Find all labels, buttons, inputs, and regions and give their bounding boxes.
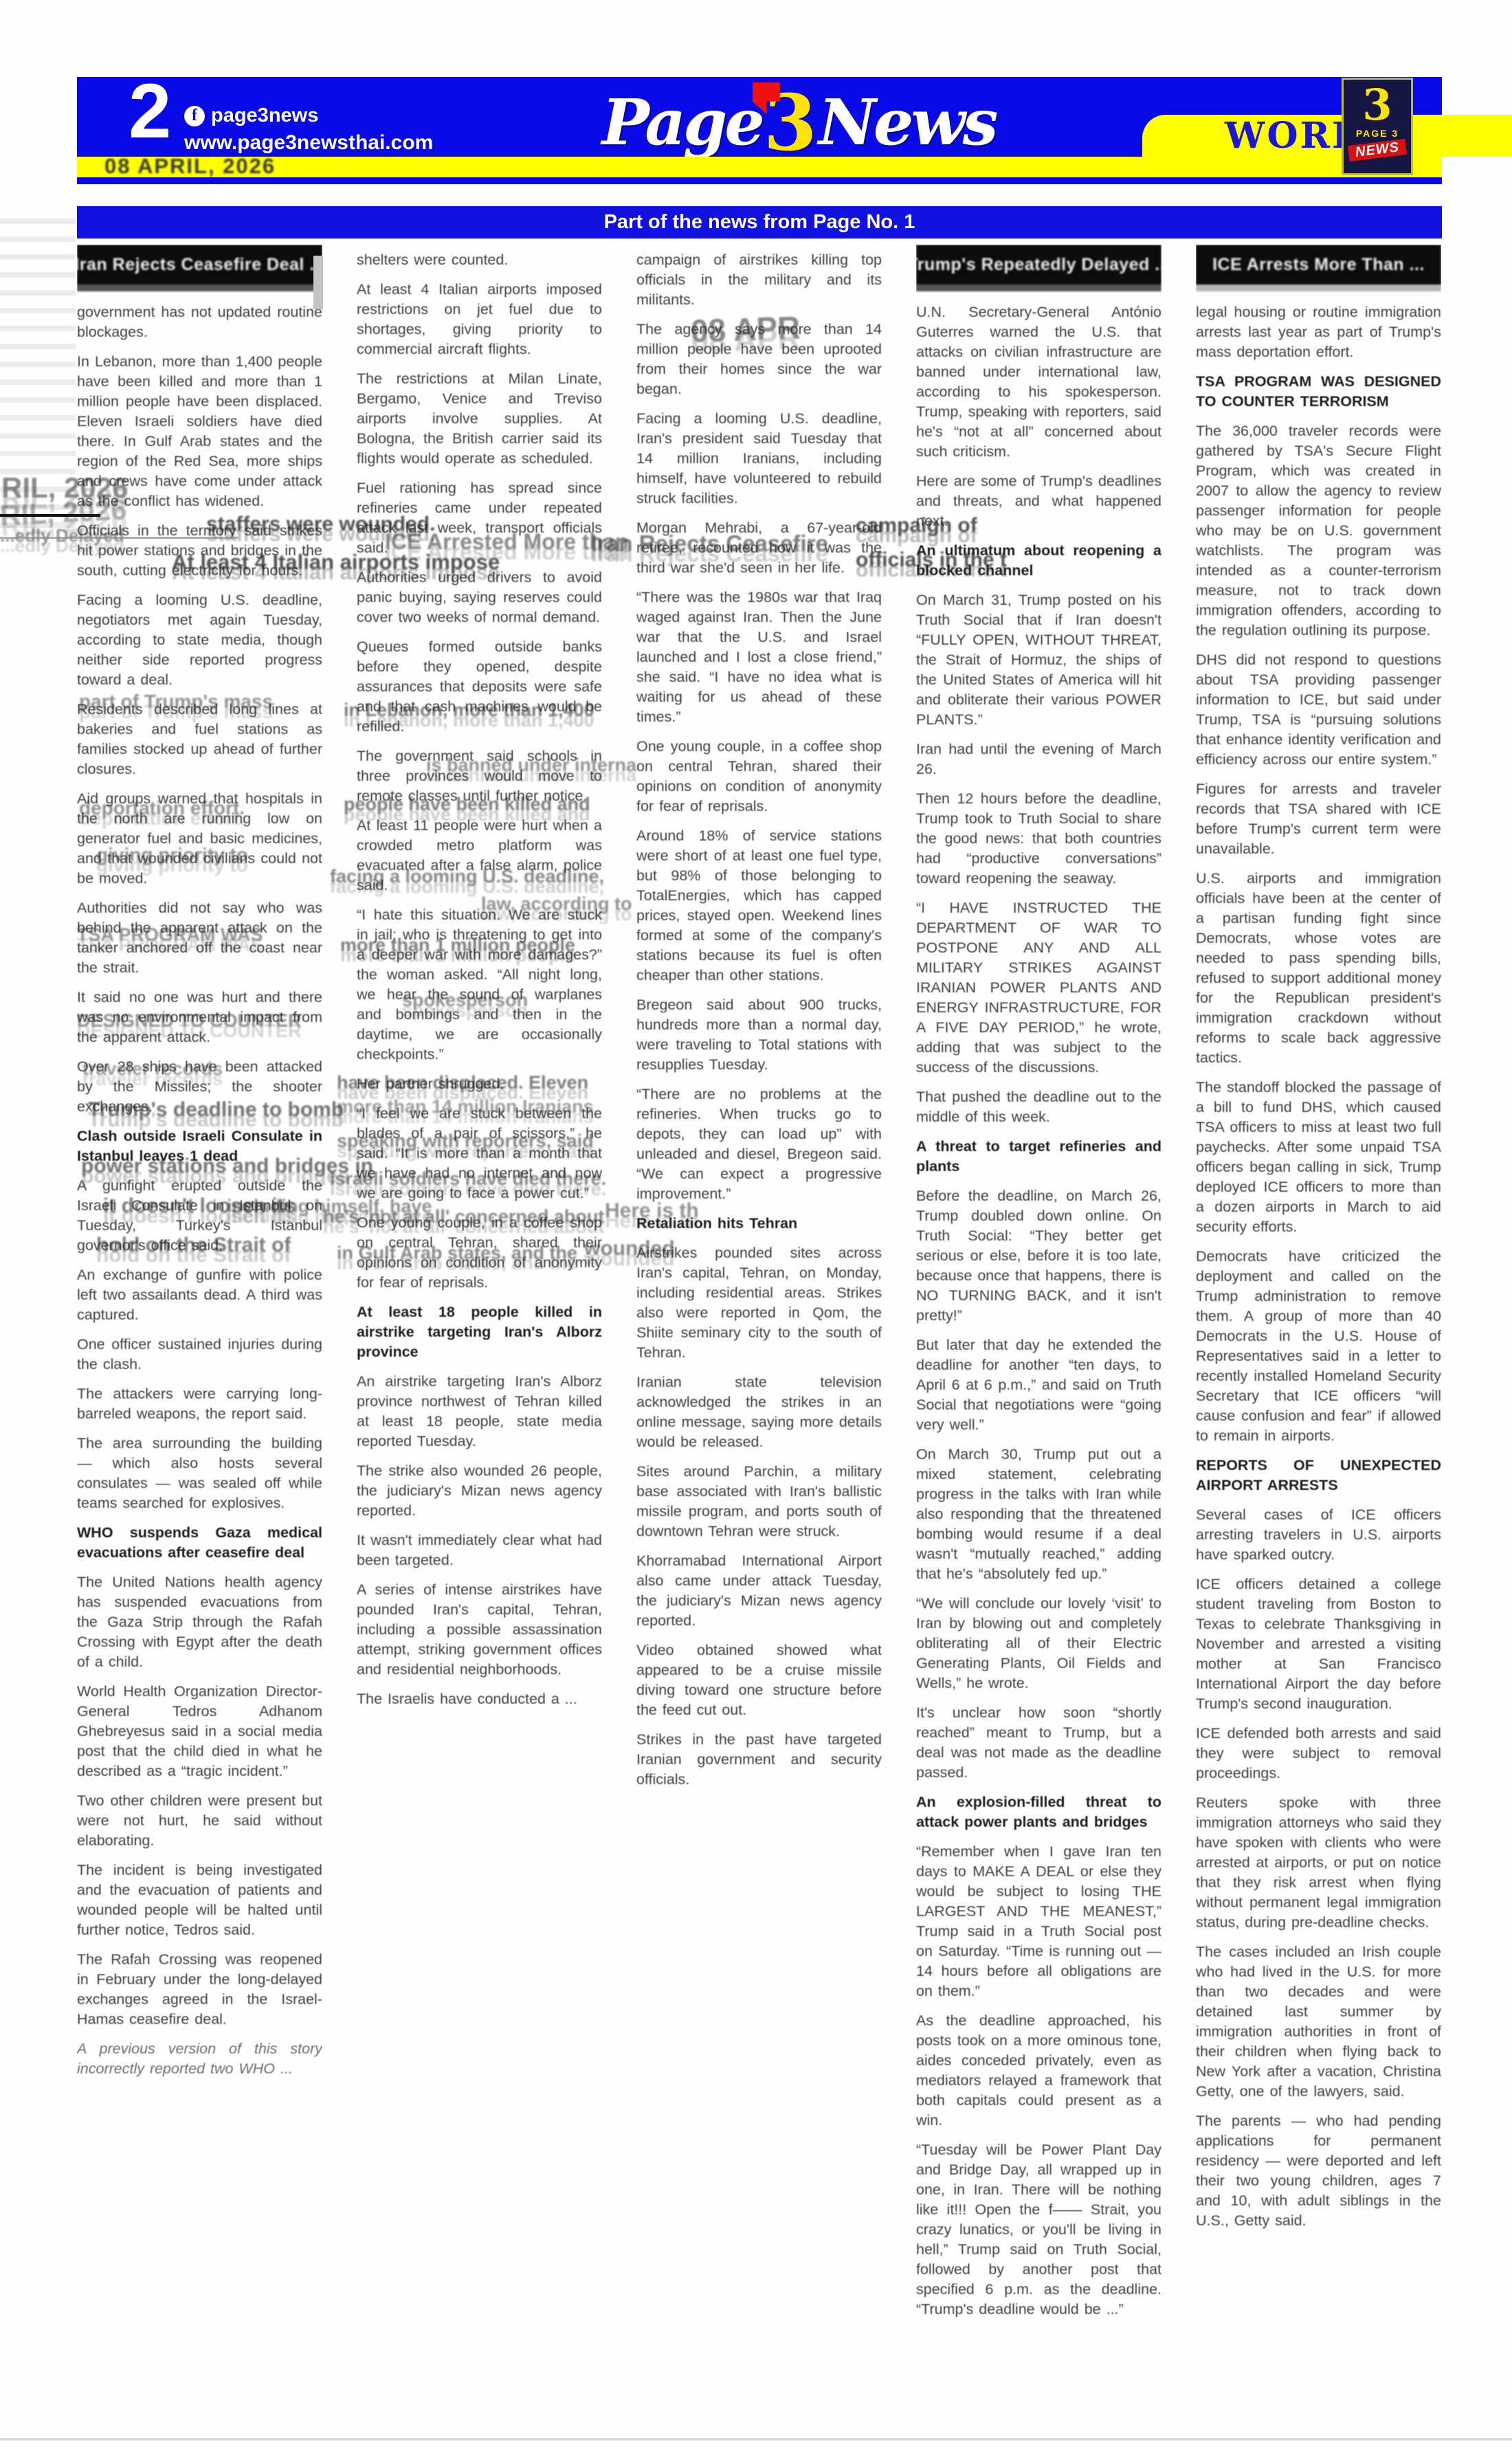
paragraph: One officer sustained injuries during th… <box>77 1335 322 1375</box>
issue-date: 08 APRIL, 2026 <box>104 154 276 179</box>
artifact-strip <box>313 256 323 309</box>
paragraph: U.S. airports and immigration officials … <box>1196 869 1441 1068</box>
paragraph: Democrats have criticized the deployment… <box>1196 1247 1441 1446</box>
paragraph: Queues formed outside banks before they … <box>357 637 602 737</box>
ghost-text-fragment: in Lebanon, more than 1,400 <box>344 700 594 721</box>
paragraph: Strikes in the past have targeted Irania… <box>636 1730 882 1790</box>
paragraph: The restrictions at Milan Linate, Bergam… <box>357 369 602 469</box>
facebook-handle: page3news <box>211 104 318 127</box>
paragraph: Video obtained showed what appeared to b… <box>636 1640 882 1720</box>
paragraph: The cases included an Irish couple who h… <box>1196 1942 1441 2102</box>
paragraph: The parents — who had pending applicatio… <box>1196 2111 1441 2231</box>
paragraph: Khorramabad International Airport also c… <box>636 1551 882 1631</box>
ghost-text-fragment: traveler records <box>82 1058 223 1080</box>
paragraph: One young couple, in a coffee shop on ce… <box>636 737 882 816</box>
paragraph: But later that day he extended the deadl… <box>916 1335 1161 1435</box>
ghost-text-fragment: giving priority to <box>96 844 248 866</box>
paragraph: The United Nations health agency has sus… <box>77 1572 322 1672</box>
paragraph: It wasn't immediately clear what had bee… <box>357 1531 602 1570</box>
paragraph: A previous version of this story incorre… <box>77 2039 322 2079</box>
logo-caption: PAGE 3 <box>1344 128 1411 139</box>
ghost-text-fragment: he's 'not at all' concerned about <box>323 1206 604 1227</box>
ghost-text-fragment: have been displaced. Eleven <box>337 1072 588 1093</box>
paragraph: Bregeon said about 900 trucks, hundreds … <box>636 995 882 1075</box>
column-5: ICE Arrests More Than ...legal housing o… <box>1196 245 1441 2394</box>
section-tab-world: WORLD <box>1142 115 1512 157</box>
facebook-icon: f <box>184 106 205 126</box>
column-headline: Iran Rejects Ceasefire Deal ... <box>77 245 322 291</box>
masthead-digit-3: 3 <box>764 78 817 168</box>
column-body: shelters were counted.At least 4 Italian… <box>357 250 602 1709</box>
paragraph: “Remember when I gave Iran ten days to M… <box>916 1842 1161 2001</box>
subheadline: A threat to target refineries and plants <box>916 1137 1161 1177</box>
header-band: 2 f page3news www.page3newsthai.com Page… <box>77 77 1442 157</box>
ghost-text-fragment: DESIGNED TO COUNTER <box>77 1010 302 1032</box>
paragraph: Two other children were present but were… <box>77 1791 322 1851</box>
paragraph: Several cases of ICE officers arresting … <box>1196 1505 1441 1565</box>
masthead-word-page: Page <box>602 85 762 159</box>
paragraph: shelters were counted. <box>357 250 602 270</box>
column-body: legal housing or routine immigration arr… <box>1196 302 1441 2231</box>
paragraph: “I hate this situation. We are stuck in … <box>357 905 602 1065</box>
paragraph: ICE defended both arrests and said they … <box>1196 1724 1441 1783</box>
column-3: campaign of airstrikes killing top offic… <box>636 245 882 2394</box>
paragraph: Figures for arrests and traveler records… <box>1196 779 1441 859</box>
paragraph: That pushed the deadline out to the midd… <box>916 1087 1161 1127</box>
ghost-text-fragment: wounded <box>584 1237 675 1260</box>
ghost-text-fragment: hold on the Strait of <box>96 1234 291 1257</box>
newspaper-page: 2 f page3news www.page3newsthai.com Page… <box>0 0 1512 2448</box>
column-headline: ICE Arrests More Than ... <box>1196 245 1441 291</box>
paragraph: As the deadline approached, his posts to… <box>916 2011 1161 2130</box>
ghost-text-fragment: officials in the t <box>856 548 1007 572</box>
paragraph: The incident is being investigated and t… <box>77 1860 322 1940</box>
paragraph: The Israelis have conducted a ... <box>357 1689 602 1709</box>
page3-logo-box: 3 PAGE 3 NEWS <box>1342 78 1413 175</box>
paragraph: Before the deadline, on March 26, Trump … <box>916 1186 1161 1326</box>
paragraph: campaign of airstrikes killing top offic… <box>636 250 882 310</box>
paragraph: Around 18% of service stations were shor… <box>636 826 882 986</box>
masthead-logo: Page3News <box>586 78 1012 168</box>
subheadline: TSA PROGRAM WAS DESIGNED TO COUNTER TERR… <box>1196 372 1441 412</box>
ghost-text-fragment: speaking with reporters, said <box>337 1131 594 1152</box>
paragraph: It's unclear how soon “shortly reached” … <box>916 1703 1161 1783</box>
paragraph: An airstrike targeting Iran's Alborz pro… <box>357 1372 602 1451</box>
ghost-text-fragment: 08 APR <box>690 309 801 350</box>
paragraph: On March 30, Trump put out a mixed state… <box>916 1445 1161 1584</box>
website-url: www.page3newsthai.com <box>184 131 433 155</box>
ghost-text-fragment: Iran Rejects Ceasefire <box>591 531 828 557</box>
artifact-line <box>0 537 238 539</box>
paragraph: World Health Organization Director-Gener… <box>77 1682 322 1781</box>
paragraph: legal housing or routine immigration arr… <box>1196 302 1441 362</box>
paragraph: “There are no problems at the refineries… <box>636 1084 882 1204</box>
paragraph: The area surrounding the building — whic… <box>77 1434 322 1513</box>
paragraph: The standoff blocked the passage of a bi… <box>1196 1078 1441 1237</box>
ghost-text-fragment: more than 1 million people <box>340 935 575 956</box>
social-block: f page3news www.page3newsthai.com <box>184 104 433 155</box>
paragraph: Authorities urged drivers to avoid panic… <box>357 568 602 627</box>
paragraph: Airstrikes pounded sites across Iran's c… <box>636 1243 882 1363</box>
paragraph: The Rafah Crossing was reopened in Febru… <box>77 1950 322 2029</box>
paragraph: “I HAVE INSTRUCTED THE DEPARTMENT OF WAR… <box>916 898 1161 1078</box>
ghost-text-fragment: ...edly Delayed <box>0 525 124 546</box>
date-strip: 08 APRIL, 2026 <box>77 157 1442 177</box>
ghost-text-fragment: campaign of <box>856 514 977 537</box>
paragraph: government has not updated routine block… <box>77 302 322 342</box>
masthead-word-news: News <box>819 85 996 159</box>
paragraph: An exchange of gunfire with police left … <box>77 1265 322 1325</box>
subheadline: At least 18 people killed in airstrike t… <box>357 1302 602 1362</box>
ghost-text-fragment: law, according to <box>481 893 632 915</box>
subheadline: REPORTS OF UNEXPECTED AIRPORT ARRESTS <box>1196 1456 1441 1495</box>
page-banner: Part of the news from Page No. 1 <box>77 206 1442 238</box>
ghost-text-fragment: At least 4 Italian airports impose <box>172 550 500 575</box>
paragraph: “We will conclude our lovely ‘visit’ to … <box>916 1594 1161 1693</box>
logo-digit: 3 <box>1344 84 1411 126</box>
paragraph: Sites around Parchin, a military base as… <box>636 1462 882 1542</box>
ghost-text-fragment: part of Trump's mass <box>79 691 273 713</box>
paragraph: DHS did not respond to questions about T… <box>1196 650 1441 770</box>
paragraph: “Tuesday will be Power Plant Day and Bri… <box>916 2140 1161 2319</box>
paragraph: “There was the 1980s war that Iraq waged… <box>636 588 882 727</box>
ghost-text-fragment: Israeli soldiers have died there. <box>330 1168 606 1190</box>
paragraph: The 36,000 traveler records were gathere… <box>1196 421 1441 641</box>
ghost-text-fragment: people have been killed and <box>344 794 590 815</box>
divider-strip <box>77 177 1442 184</box>
paragraph: Reuters spoke with three immigration att… <box>1196 1793 1441 1933</box>
artifact-line <box>0 514 100 517</box>
ghost-text-fragment: Trump's deadline to bomb <box>88 1098 344 1122</box>
ghost-text-fragment: it doesn't loosen its <box>103 1194 296 1218</box>
ghost-text-fragment: more than 14 million Iranians <box>337 1096 594 1117</box>
ghost-text-fragment: deportation effort. <box>79 797 245 819</box>
column-body: U.N. Secretary-General António Guterres … <box>916 302 1161 2319</box>
paragraph: Facing a looming U.S. deadline, Iran's p… <box>636 409 882 509</box>
subheadline: WHO suspends Gaza medical evacuations af… <box>77 1523 322 1563</box>
ghost-text-fragment: Here is th <box>605 1199 699 1223</box>
bottom-rule <box>0 2438 1512 2440</box>
ghost-text-fragment: TSA PROGRAM WAS <box>77 924 263 946</box>
paragraph: Iran had until the evening of March 26. <box>916 739 1161 779</box>
ghost-text-fragment: in Gulf Arab states, and the <box>337 1243 577 1264</box>
paragraph: At least 4 Italian airports imposed rest… <box>357 280 602 359</box>
logo-news-ribbon: NEWS <box>1348 139 1407 162</box>
column-headline: Trump's Repeatedly Delayed ... <box>916 245 1161 291</box>
ghost-text-fragment: is banned under interna <box>426 755 636 776</box>
paragraph: The strike also wounded 26 people, the j… <box>357 1461 602 1521</box>
page-number: 2 <box>129 73 171 150</box>
paragraph: Facing a looming U.S. deadline, negotiat… <box>77 590 322 690</box>
column-body: campaign of airstrikes killing top offic… <box>636 250 882 1790</box>
paragraph: The attackers were carrying long-barrele… <box>77 1384 322 1424</box>
ghost-text-fragment: spokesperson <box>402 990 528 1011</box>
paragraph: On March 31, Trump posted on his Truth S… <box>916 590 1161 730</box>
paragraph: Iranian state television acknowledged th… <box>636 1372 882 1452</box>
paragraph: U.N. Secretary-General António Guterres … <box>916 302 1161 462</box>
paragraph: ICE officers detained a college student … <box>1196 1574 1441 1714</box>
paragraph: A series of intense airstrikes have poun… <box>357 1580 602 1680</box>
subheadline: An explosion-filled threat to attack pow… <box>916 1792 1161 1832</box>
paragraph: Then 12 hours before the deadline, Trump… <box>916 789 1161 889</box>
ghost-text-fragment: facing a looming U.S. deadline, <box>330 866 604 887</box>
